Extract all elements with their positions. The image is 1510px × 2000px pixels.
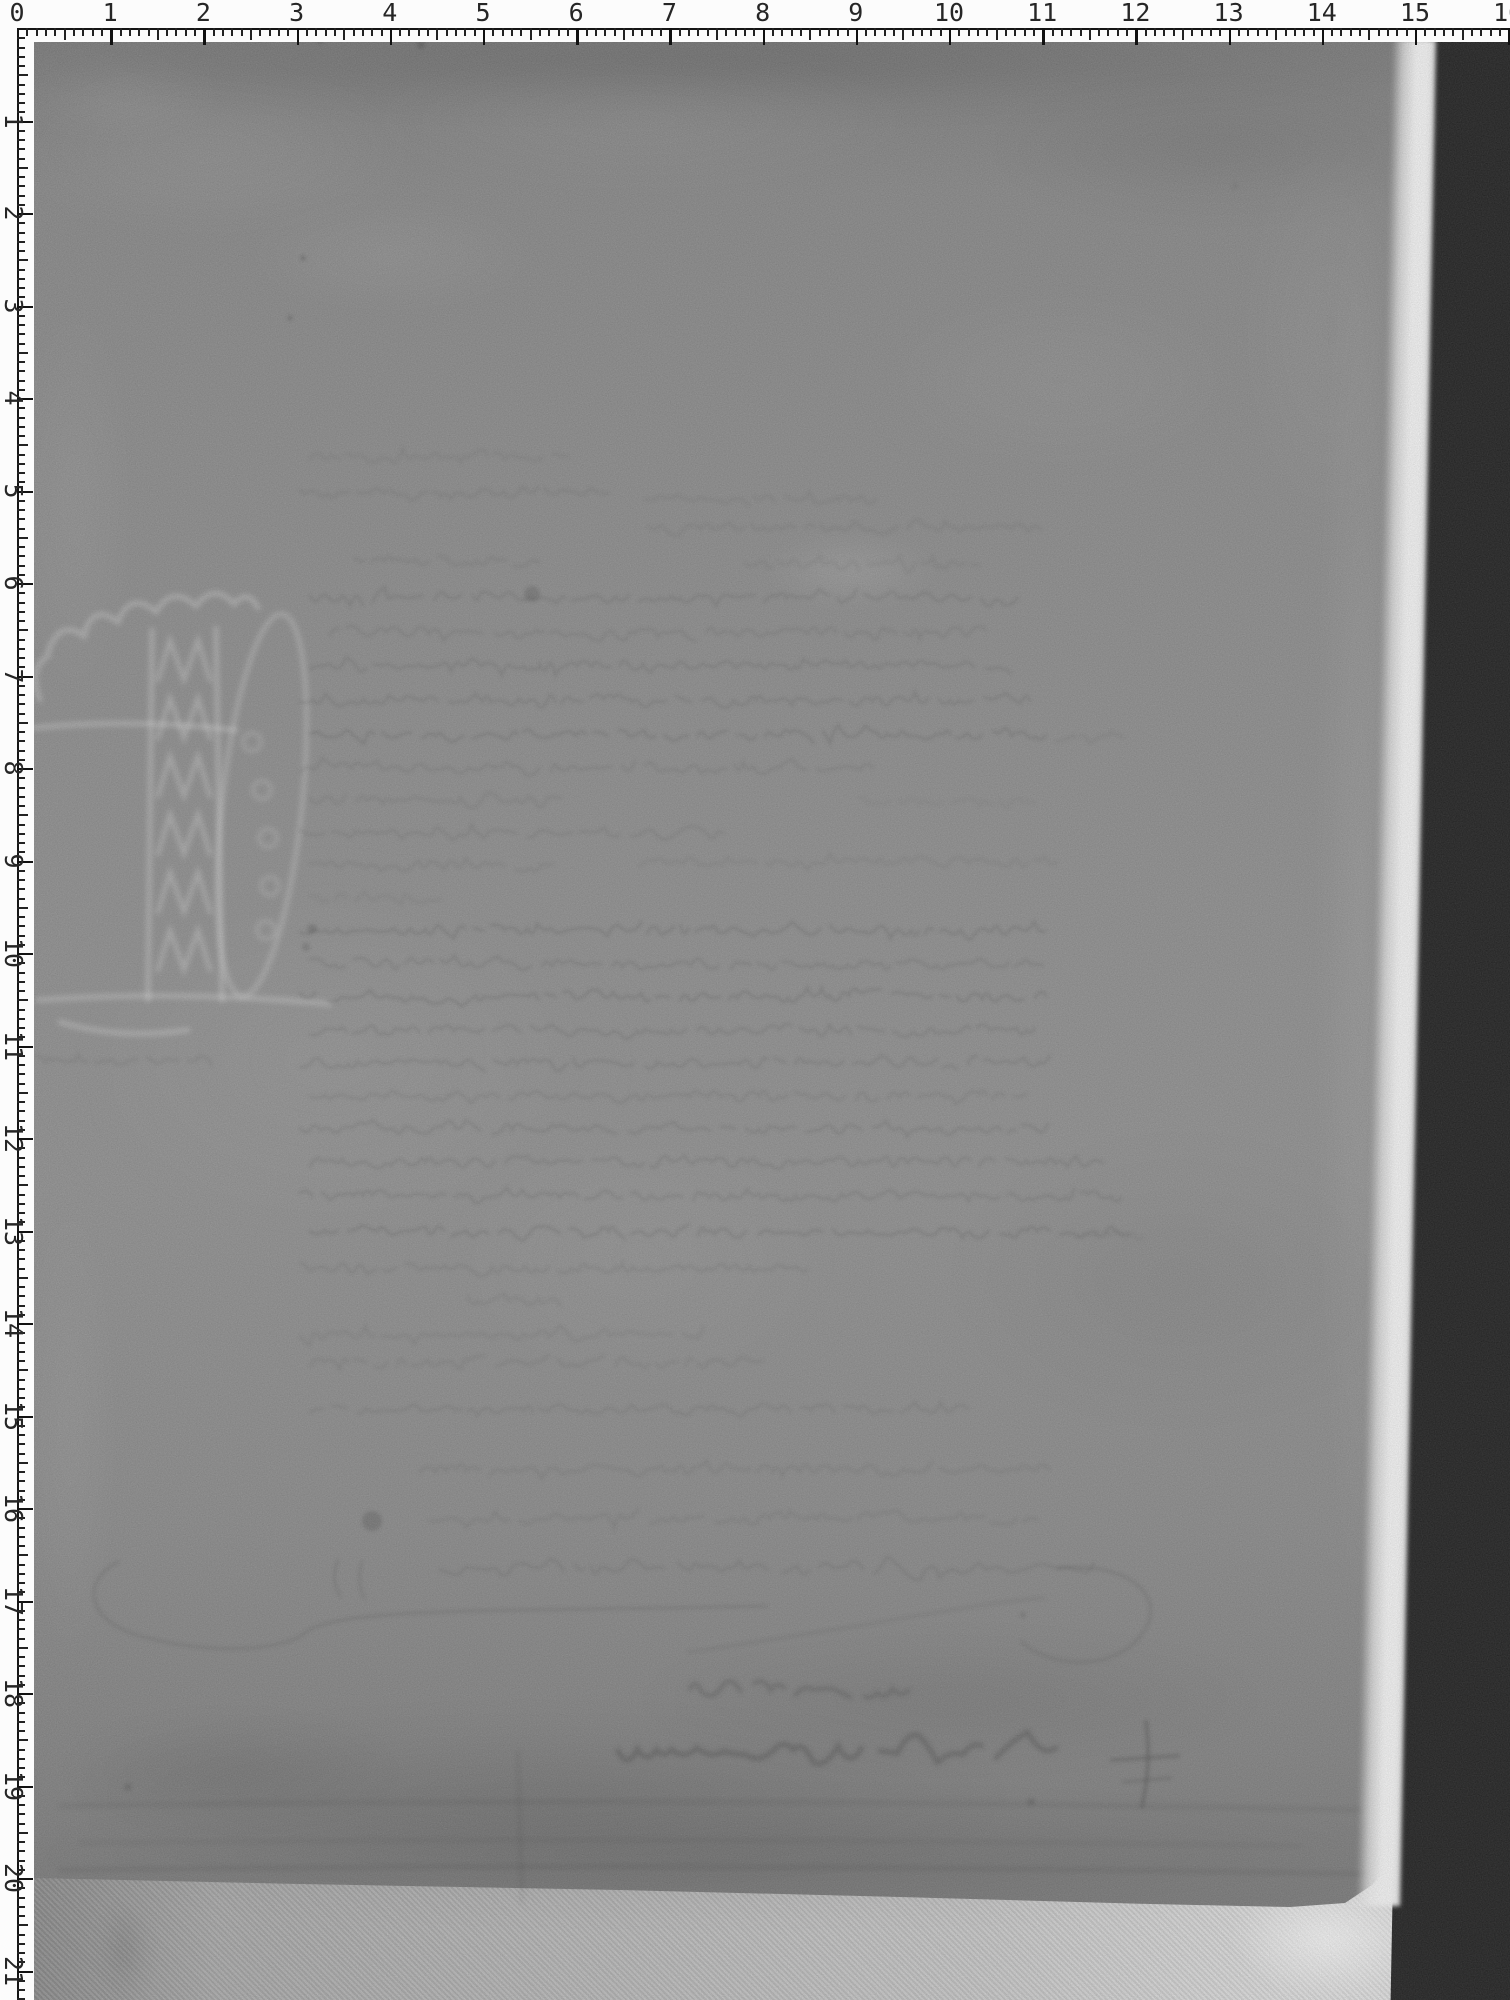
top-ruler-tick	[996, 28, 998, 40]
top-ruler-tick	[1135, 28, 1137, 45]
left-ruler-tick	[17, 888, 25, 890]
left-ruler-tick	[17, 148, 25, 150]
left-ruler-tick	[17, 417, 25, 419]
top-ruler-tick	[1406, 28, 1408, 36]
top-ruler-tick	[203, 28, 205, 45]
top-ruler-tick	[1387, 28, 1389, 36]
top-ruler-tick	[343, 28, 345, 40]
left-ruler-number: 15	[0, 1399, 26, 1433]
top-ruler-tick	[222, 28, 224, 36]
top-ruler-number: 2	[178, 0, 228, 26]
left-ruler-tick	[17, 65, 25, 67]
top-ruler-tick	[902, 28, 904, 40]
top-ruler-tick	[1191, 28, 1193, 36]
top-ruler-tick	[1313, 28, 1315, 36]
left-ruler-tick	[17, 1351, 25, 1353]
left-ruler-tick	[17, 1083, 25, 1085]
left-ruler-tick	[17, 1924, 28, 1926]
top-ruler-tick	[1285, 28, 1287, 36]
left-ruler-tick	[17, 518, 25, 520]
left-ruler-tick	[17, 796, 25, 798]
top-ruler-tick	[408, 28, 410, 36]
left-ruler-tick	[17, 1823, 25, 1825]
left-ruler-number: 6	[0, 566, 26, 600]
top-ruler-tick	[92, 28, 94, 36]
top-ruler-tick	[446, 28, 448, 36]
top-ruler-tick	[1452, 28, 1454, 36]
left-ruler-tick	[17, 611, 25, 613]
top-ruler-tick	[679, 28, 681, 36]
left-ruler-tick	[17, 713, 25, 715]
top-ruler-tick	[492, 28, 494, 36]
top-ruler-tick	[1275, 28, 1277, 40]
top-ruler-tick	[1173, 28, 1175, 36]
left-ruler-tick	[17, 972, 25, 974]
left-ruler-tick	[17, 1721, 25, 1723]
left-ruler-number: 12	[0, 1121, 26, 1155]
left-ruler-number: 4	[0, 381, 26, 415]
top-ruler-number: 15	[1390, 0, 1440, 26]
left-ruler-number: 13	[0, 1214, 26, 1248]
top-ruler-tick	[1229, 28, 1231, 45]
left-ruler-tick	[17, 990, 25, 992]
top-ruler-tick	[576, 28, 578, 45]
top-ruler-tick	[930, 28, 932, 36]
left-ruler-tick	[17, 74, 28, 76]
top-ruler-tick	[1294, 28, 1296, 36]
top-ruler-tick	[1350, 28, 1352, 36]
top-ruler-number: 11	[1017, 0, 1067, 26]
left-ruler-tick	[17, 814, 28, 816]
left-ruler-number: 19	[0, 1769, 26, 1803]
top-ruler-tick	[306, 28, 308, 36]
top-ruler-tick	[427, 28, 429, 36]
top-ruler-tick	[1247, 28, 1249, 36]
left-ruler-tick	[17, 1906, 25, 1908]
top-ruler: 012345678910111213141516	[0, 0, 1510, 42]
left-ruler-tick	[17, 1647, 28, 1649]
top-ruler-tick	[641, 28, 643, 36]
left-ruler-tick	[17, 1573, 25, 1575]
left-ruler-tick	[17, 139, 25, 141]
left-ruler-tick	[17, 898, 25, 900]
left-ruler-tick	[17, 435, 25, 437]
left-ruler-tick	[17, 269, 25, 271]
top-ruler-tick	[362, 28, 364, 36]
left-ruler-tick	[17, 1813, 25, 1815]
top-ruler-tick	[865, 28, 867, 36]
top-ruler-number: 7	[644, 0, 694, 26]
top-ruler-tick	[1182, 28, 1184, 40]
left-ruler-tick	[17, 1471, 25, 1473]
top-ruler-tick	[1396, 28, 1398, 36]
top-ruler-tick	[669, 28, 671, 45]
left-ruler-tick	[17, 981, 25, 983]
top-ruler-tick	[1238, 28, 1240, 36]
top-ruler-tick	[819, 28, 821, 36]
left-ruler-tick	[17, 1897, 25, 1899]
top-ruler-tick	[520, 28, 522, 36]
top-ruler-tick	[1098, 28, 1100, 36]
top-ruler-tick	[809, 28, 811, 40]
left-ruler-tick	[17, 1934, 25, 1936]
top-ruler-tick	[1210, 28, 1212, 36]
left-ruler-tick	[17, 259, 28, 261]
left-ruler-tick	[17, 1379, 25, 1381]
top-ruler-tick	[45, 28, 47, 36]
left-ruler-tick	[17, 361, 25, 363]
top-ruler-tick	[604, 28, 606, 36]
top-ruler-tick	[1378, 28, 1380, 36]
left-ruler-tick	[17, 528, 25, 530]
left-ruler-tick	[17, 1989, 25, 1991]
left-ruler-tick	[17, 370, 25, 372]
top-ruler-tick	[586, 28, 588, 36]
top-ruler-number: 8	[738, 0, 788, 26]
left-ruler-tick	[17, 1175, 25, 1177]
top-ruler-tick	[502, 28, 504, 36]
left-ruler-tick	[17, 1915, 25, 1917]
left-ruler-tick	[17, 1545, 25, 1547]
left-ruler-tick	[17, 1758, 25, 1760]
left-ruler-tick	[17, 1286, 25, 1288]
top-ruler-tick	[781, 28, 783, 36]
top-ruler-number: 4	[365, 0, 415, 26]
left-ruler-tick	[17, 639, 25, 641]
top-ruler-tick	[977, 28, 979, 36]
top-ruler-tick	[241, 28, 243, 36]
left-ruler-tick	[17, 1480, 25, 1482]
top-ruler-tick	[1443, 28, 1445, 36]
left-ruler-tick	[17, 1564, 25, 1566]
left-ruler-tick	[17, 1730, 25, 1732]
top-ruler-tick	[1415, 28, 1417, 45]
top-ruler-tick	[259, 28, 261, 36]
top-ruler-tick	[623, 28, 625, 40]
left-ruler-tick	[17, 1166, 25, 1168]
left-ruler-tick	[17, 703, 25, 705]
top-ruler-tick	[1201, 28, 1203, 36]
left-ruler-tick	[17, 1249, 25, 1251]
top-ruler-tick	[530, 28, 532, 40]
top-ruler-tick	[138, 28, 140, 36]
top-ruler-tick	[1434, 28, 1436, 36]
top-ruler-tick	[194, 28, 196, 36]
left-ruler-tick	[17, 879, 25, 881]
top-ruler-tick	[707, 28, 709, 36]
left-ruler-tick	[17, 1360, 25, 1362]
top-ruler-tick	[399, 28, 401, 36]
top-ruler-tick	[884, 28, 886, 36]
top-ruler-tick	[763, 28, 765, 45]
left-ruler-tick	[17, 1369, 28, 1371]
left-ruler-tick	[17, 324, 25, 326]
top-ruler-tick	[567, 28, 569, 36]
top-ruler-tick	[772, 28, 774, 36]
left-ruler-number: 21	[0, 1954, 26, 1988]
left-ruler-tick	[17, 241, 25, 243]
left-ruler-tick	[17, 731, 25, 733]
left-ruler-tick	[17, 1554, 28, 1556]
left-ruler-number: 18	[0, 1676, 26, 1710]
left-ruler-tick	[17, 1462, 28, 1464]
left-ruler-tick	[17, 84, 25, 86]
top-ruler-tick	[874, 28, 876, 36]
top-ruler-tick	[1424, 28, 1426, 36]
left-ruler-number: 1	[0, 104, 26, 138]
left-ruler-number: 10	[0, 936, 26, 970]
top-ruler-tick	[278, 28, 280, 36]
left-ruler-tick	[17, 1536, 25, 1538]
top-ruler-tick	[548, 28, 550, 36]
left-ruler-tick	[17, 56, 25, 58]
left-ruler-tick	[17, 463, 25, 465]
left-ruler-tick	[17, 805, 25, 807]
left-ruler-tick	[17, 925, 25, 927]
top-ruler-tick	[558, 28, 560, 36]
left-ruler-number: 16	[0, 1491, 26, 1525]
left-ruler-tick	[17, 454, 25, 456]
left-ruler-tick	[17, 999, 28, 1001]
top-ruler-tick	[893, 28, 895, 36]
top-ruler-tick	[800, 28, 802, 36]
left-ruler-tick	[17, 426, 25, 428]
left-ruler-tick	[17, 1092, 28, 1094]
top-ruler-tick	[120, 28, 122, 36]
left-ruler-number: 20	[0, 1861, 26, 1895]
top-ruler-tick	[753, 28, 755, 36]
top-ruler-tick	[436, 28, 438, 40]
top-ruler-number: 0	[0, 0, 42, 26]
left-ruler-number: 14	[0, 1306, 26, 1340]
top-ruler-tick	[847, 28, 849, 36]
top-ruler-tick	[744, 28, 746, 36]
top-ruler-tick	[1089, 28, 1091, 40]
top-ruler-tick	[474, 28, 476, 36]
left-ruler-number: 8	[0, 751, 26, 785]
left-ruler-tick	[17, 1656, 25, 1658]
top-ruler-tick	[1480, 28, 1482, 36]
top-ruler-tick	[418, 28, 420, 36]
top-ruler-number: 10	[924, 0, 974, 26]
left-ruler-tick	[17, 602, 25, 604]
top-ruler-tick	[1322, 28, 1324, 45]
left-ruler-tick	[17, 1258, 25, 1260]
parchment-leaf	[34, 40, 1436, 1908]
left-ruler-tick	[17, 1388, 25, 1390]
top-ruler-tick	[1340, 28, 1342, 36]
left-ruler-tick	[17, 1295, 25, 1297]
left-ruler-tick	[17, 1749, 25, 1751]
left-ruler-tick	[17, 93, 25, 95]
top-ruler-number: 13	[1204, 0, 1254, 26]
top-ruler-tick	[390, 28, 392, 45]
top-ruler-tick	[1462, 28, 1464, 40]
top-ruler-tick	[1303, 28, 1305, 36]
top-ruler-tick	[1471, 28, 1473, 36]
top-ruler-tick	[614, 28, 616, 36]
left-ruler-tick	[17, 907, 28, 909]
top-ruler-tick	[26, 28, 28, 36]
top-ruler-tick	[54, 28, 56, 36]
top-ruler-tick	[129, 28, 131, 36]
left-ruler-tick	[17, 787, 25, 789]
left-ruler-tick	[17, 1184, 28, 1186]
left-ruler-tick	[17, 1434, 25, 1436]
top-ruler-tick	[73, 28, 75, 36]
top-ruler-tick	[986, 28, 988, 36]
left-ruler-tick	[17, 1453, 25, 1455]
top-ruler-tick	[660, 28, 662, 36]
top-ruler-tick	[651, 28, 653, 36]
top-ruler-tick	[287, 28, 289, 36]
left-ruler-tick	[17, 1110, 25, 1112]
top-ruler-tick	[166, 28, 168, 36]
top-ruler-tick	[1499, 28, 1501, 36]
left-ruler-tick	[17, 1064, 25, 1066]
top-ruler-tick	[483, 28, 485, 45]
left-ruler-tick	[17, 278, 25, 280]
top-ruler-tick	[958, 28, 960, 36]
archival-photo-page: { "photo": { "subject": "parchment manus…	[0, 0, 1510, 2000]
top-ruler-tick	[725, 28, 727, 36]
left-ruler-tick	[17, 1712, 25, 1714]
top-ruler-tick	[213, 28, 215, 36]
left-ruler-tick	[17, 509, 25, 511]
top-ruler-tick	[1490, 28, 1492, 36]
left-ruler-tick	[17, 343, 25, 345]
top-ruler-tick	[269, 28, 271, 36]
left-ruler-tick	[17, 167, 28, 169]
left-ruler-tick	[17, 1268, 25, 1270]
left-ruler-tick	[17, 1850, 25, 1852]
top-ruler-tick	[968, 28, 970, 36]
top-ruler-tick	[688, 28, 690, 36]
left-ruler-tick	[17, 1527, 25, 1529]
left-ruler-tick	[17, 333, 25, 335]
top-ruler-tick	[949, 28, 951, 45]
top-ruler-tick	[353, 28, 355, 36]
top-ruler-tick	[539, 28, 541, 36]
left-ruler-tick	[17, 1277, 28, 1279]
top-ruler-tick	[36, 28, 38, 36]
top-ruler-tick	[334, 28, 336, 36]
left-ruler-tick	[17, 1739, 28, 1741]
left-ruler-number: 2	[0, 196, 26, 230]
left-ruler-tick	[17, 1638, 25, 1640]
top-ruler-tick	[148, 28, 150, 36]
top-ruler-tick	[1052, 28, 1054, 36]
top-ruler-tick	[175, 28, 177, 36]
top-ruler-tick	[455, 28, 457, 36]
left-ruler-number: 3	[0, 289, 26, 323]
left-ruler-tick	[17, 1157, 25, 1159]
top-ruler-tick	[837, 28, 839, 36]
left-ruler-tick	[17, 37, 25, 39]
top-ruler-tick	[1080, 28, 1082, 36]
left-ruler-tick	[17, 1342, 25, 1344]
left-ruler-tick	[17, 546, 25, 548]
left-ruler-tick	[17, 1101, 25, 1103]
top-ruler-tick	[1368, 28, 1370, 40]
top-ruler-tick	[101, 28, 103, 36]
left-ruler-tick	[17, 1073, 25, 1075]
left-ruler-tick	[17, 185, 25, 187]
top-ruler-tick	[1024, 28, 1026, 36]
top-ruler-tick	[1154, 28, 1156, 36]
left-ruler-tick	[17, 620, 25, 622]
top-ruler-number: 6	[551, 0, 601, 26]
left-ruler-number: 5	[0, 474, 26, 508]
left-ruler-tick	[17, 176, 25, 178]
top-ruler-tick	[1145, 28, 1147, 36]
left-ruler-tick	[17, 722, 28, 724]
top-ruler-tick	[1266, 28, 1268, 36]
top-ruler-tick	[1033, 28, 1035, 36]
top-ruler-tick	[64, 28, 66, 40]
top-ruler-tick	[1219, 28, 1221, 36]
left-ruler-tick	[17, 1018, 25, 1020]
top-ruler-tick	[1061, 28, 1063, 36]
top-ruler-tick	[828, 28, 830, 36]
top-ruler-tick	[1359, 28, 1361, 36]
left-ruler-number: 7	[0, 659, 26, 693]
top-ruler-tick	[315, 28, 317, 36]
top-ruler-tick	[1163, 28, 1165, 36]
top-ruler-tick	[1126, 28, 1128, 36]
left-ruler-tick	[17, 1194, 25, 1196]
left-ruler-tick	[17, 1943, 25, 1945]
top-ruler-tick	[940, 28, 942, 36]
top-ruler-tick	[632, 28, 634, 36]
top-ruler-tick	[735, 28, 737, 36]
top-ruler-tick	[371, 28, 373, 36]
left-ruler-tick	[17, 833, 25, 835]
top-ruler-tick	[325, 28, 327, 36]
left-ruler-tick	[17, 555, 25, 557]
left-ruler-number: 17	[0, 1584, 26, 1618]
top-ruler-tick	[1070, 28, 1072, 36]
top-ruler-tick	[250, 28, 252, 40]
left-ruler-tick	[17, 444, 28, 446]
top-ruler-tick	[1257, 28, 1259, 36]
left-ruler-tick	[17, 1832, 28, 1834]
top-ruler-tick	[856, 28, 858, 45]
left-ruler: 123456789101112131415161718192021	[0, 42, 34, 2000]
left-ruler-tick	[17, 1443, 25, 1445]
left-ruler-tick	[17, 537, 28, 539]
top-ruler-tick	[381, 28, 383, 36]
top-ruler-tick	[1042, 28, 1044, 45]
left-ruler-tick	[17, 1665, 25, 1667]
top-ruler-tick	[791, 28, 793, 36]
left-ruler-tick	[17, 740, 25, 742]
top-ruler-number: 9	[831, 0, 881, 26]
top-ruler-tick	[110, 28, 112, 45]
top-ruler-tick	[185, 28, 187, 36]
top-ruler-tick	[1331, 28, 1333, 36]
left-ruler-tick	[17, 694, 25, 696]
top-ruler-tick	[464, 28, 466, 36]
top-ruler-tick	[697, 28, 699, 36]
top-ruler-tick	[1107, 28, 1109, 36]
top-ruler-tick	[297, 28, 299, 45]
left-ruler-tick	[17, 1203, 25, 1205]
left-ruler-tick	[17, 916, 25, 918]
top-ruler-tick	[511, 28, 513, 36]
left-ruler-tick	[17, 648, 25, 650]
top-ruler-tick	[1014, 28, 1016, 36]
